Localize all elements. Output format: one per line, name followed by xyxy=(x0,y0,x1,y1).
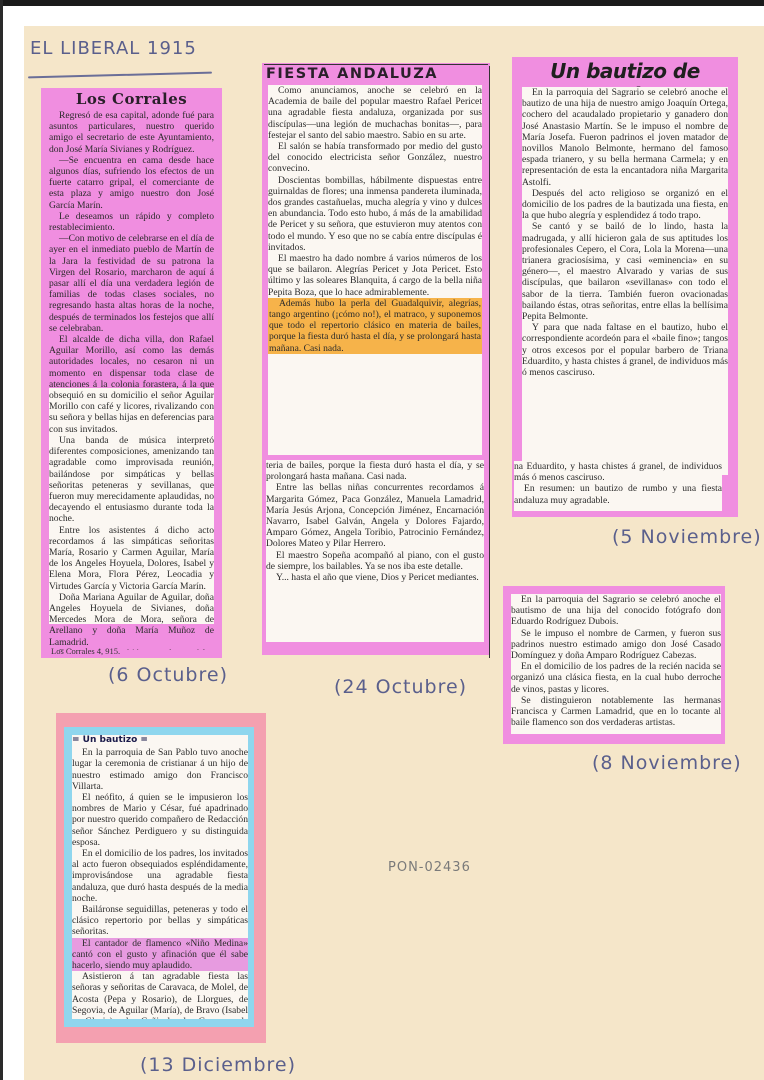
cut-edge xyxy=(489,66,490,658)
clipping-un-bautizo: = Un bautizo = En la parroquia de San Pa… xyxy=(56,713,266,1043)
paragraph: Le deseamos un rápido y completo restabl… xyxy=(49,211,214,233)
date-note-5: (13 Diciembre) xyxy=(140,1054,296,1076)
paragraph: —Con motivo de celebrarse en el día de a… xyxy=(49,233,214,334)
clipping-bautizo-de-rumbo: Un bautizo de rumbo En la parroquia del … xyxy=(512,57,738,517)
paragraph: Asistieron á tan agradable fiesta las se… xyxy=(72,971,248,1019)
highlighted-paragraph: Además hubo la perla del Guadalquivir, a… xyxy=(268,298,482,354)
date-note-3: (5 Noviembre) xyxy=(612,526,762,548)
paragraph: Regresó de esa capital, adonde fué para … xyxy=(49,110,214,155)
paragraph: Y... hasta el año que viene, Dios y Peri… xyxy=(266,572,484,583)
paragraph: En la parroquia del Sagrario se celebró … xyxy=(511,594,721,628)
paragraph: Se cantó y se bailó de lo lindo, hasta l… xyxy=(522,221,728,322)
paragraph: Se le impuso el nombre de Carmen, y fuer… xyxy=(511,628,721,662)
paragraph: na Eduardito, y hasta chistes á granel, … xyxy=(514,461,722,483)
paragraph: El maestro ha dado nombre á varios númer… xyxy=(268,253,482,298)
clipping-body-bottom: na Eduardito, y hasta chistes á granel, … xyxy=(514,461,722,511)
paragraph: El alcalde de dicha villa, don Rafael Ag… xyxy=(49,334,214,435)
paragraph: El maestro Sopeña acompañó al piano, con… xyxy=(266,550,484,572)
clipping-body: En la parroquia del Sagrario se celebró … xyxy=(511,594,721,734)
paragraph: En la parroquia del Sagrario se celebró … xyxy=(522,87,728,188)
title-rule xyxy=(264,64,488,65)
date-note-1: (6 Octubre) xyxy=(108,664,228,686)
paragraph: Como anunciamos, anoche se celebró en la… xyxy=(268,85,482,141)
paragraph: Entre los asistentes á dicho acto record… xyxy=(49,525,214,592)
paragraph: Una banda de música interpretó diferente… xyxy=(49,435,214,525)
paragraph: En la parroquia de San Pablo tuvo anoche… xyxy=(72,747,248,792)
clipping-body: En la parroquia del Sagrario se celebró … xyxy=(522,87,728,475)
paragraph: El neófito, á quien se le impusieron los… xyxy=(72,792,248,848)
paragraph: En resumen: un bautizo de rumbo y una fi… xyxy=(514,483,722,505)
paragraph: Bailáronse seguidillas, peteneras y todo… xyxy=(72,904,248,938)
scan-left-edge xyxy=(0,0,3,1080)
clipping-fiesta-andaluza: FIESTA ANDALUZA Como anunciamos, anoche … xyxy=(262,63,490,655)
paragraph: Y para que nada faltase en el bautizo, h… xyxy=(522,322,728,378)
highlighted-paragraph: El cantador de flamenco «Niño Medina» ca… xyxy=(72,938,248,972)
paragraph: teria de bailes, porque la fiesta duró h… xyxy=(266,460,484,482)
date-note-4: (8 Noviembre) xyxy=(592,752,742,774)
paragraph: Doña Mariana Aguilar de Aguilar, doña An… xyxy=(49,592,214,648)
clipping-body-top: Como anunciamos, anoche se celebró en la… xyxy=(268,85,482,455)
paragraph: En el domicilio de los padres, los invit… xyxy=(72,848,248,904)
clipping-bautismo-sagrario: En la parroquia del Sagrario se celebró … xyxy=(503,586,725,744)
paragraph: Después del acto religioso se organizó e… xyxy=(522,188,728,222)
paragraph: Entre las bellas niñas concurrentes reco… xyxy=(266,482,484,549)
clipping-title: Los Corrales xyxy=(41,90,222,108)
paragraph: En el domicilio de los padres de la reci… xyxy=(511,661,721,695)
archive-stamp: PON-02436 xyxy=(388,860,471,875)
clipping-los-corrales: Los Corrales Regresó de esa capital, ado… xyxy=(41,88,222,658)
paragraph: Doscientas bombillas, hábilmente dispues… xyxy=(268,175,482,253)
clipping-title: = Un bautizo = xyxy=(72,735,248,746)
clipping-body: = Un bautizo = En la parroquia de San Pa… xyxy=(72,735,248,1019)
date-note-2: (24 Octubre) xyxy=(334,676,467,698)
paragraph: El salón se había transformado por medio… xyxy=(268,141,482,175)
scan-top-edge xyxy=(0,0,764,6)
handwritten-header: EL LIBERAL 1915 xyxy=(30,38,197,59)
clipping-title: FIESTA ANDALUZA xyxy=(266,66,438,82)
paragraph: —Se encuentra en cama desde hace algunos… xyxy=(49,155,214,211)
clipping-body-bottom: teria de bailes, porque la fiesta duró h… xyxy=(266,460,484,642)
paragraph: Se distinguieron notablemente las herman… xyxy=(511,695,721,729)
clipping-body: Regresó de esa capital, adonde fué para … xyxy=(49,110,214,650)
dateline: Los Corrales 4, 915. xyxy=(51,646,120,656)
